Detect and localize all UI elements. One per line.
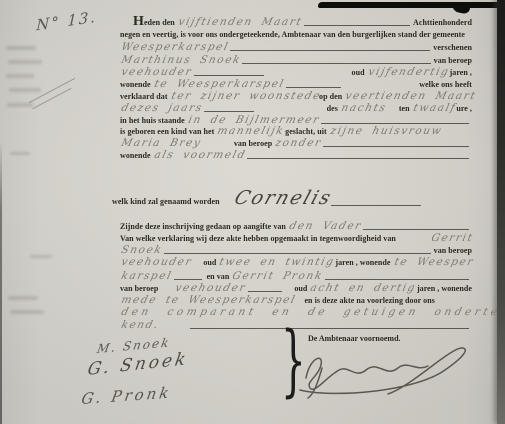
- handwritten-text: mede te Weesperkarspel: [120, 295, 297, 306]
- blank-rule: [204, 110, 254, 112]
- document-line-1: Heden den vijftienden MaartAchttienhonde…: [133, 16, 472, 28]
- spacer: [220, 203, 232, 204]
- handwritten-text: Gerrit Pronk: [231, 271, 324, 282]
- blank-rule: [247, 157, 469, 159]
- handwritten-text: Cornelis: [232, 188, 335, 208]
- blank-rule: [363, 228, 469, 230]
- handwritten-text: zonder: [274, 138, 323, 149]
- printed-text: Heden den: [133, 16, 177, 28]
- printed-text: oud: [352, 67, 367, 78]
- blank-rule: [174, 278, 202, 280]
- handwritten-text: karspel: [120, 271, 173, 282]
- printed-text: van beroep: [434, 245, 472, 256]
- document-line-19: van beroep veehouderoud acht en dertig j…: [120, 283, 472, 294]
- handwritten-text: veehouder: [120, 257, 193, 268]
- blank-rule: [242, 62, 430, 64]
- handwritten-text: als voormeld: [153, 150, 247, 161]
- handwritten-text: Maria Brey: [120, 138, 203, 149]
- blank-rule: [194, 74, 264, 76]
- blank-rule: [304, 24, 410, 26]
- spacer: [344, 86, 420, 87]
- printed-text: in het huis staande: [120, 115, 187, 126]
- printed-text: is geboren een kind van het: [120, 126, 216, 137]
- printed-text: geslacht, uit: [283, 126, 329, 137]
- document-line-13: welk kind zal genaamd wordenCornelis: [112, 188, 472, 208]
- printed-text: ten: [399, 103, 412, 114]
- handwritten-text: den Vader: [288, 221, 363, 232]
- document-line-8: dezes jaarsdes nachtsten twaalf ure ,: [120, 103, 472, 114]
- official-signature-flourish: [292, 338, 482, 400]
- printed-text: verklaard dat: [120, 91, 170, 102]
- document-line-11: Maria Breyvan beroep zonder: [120, 138, 472, 149]
- printed-text: jaren ,: [448, 67, 472, 78]
- handwritten-text: twee en twintig: [218, 257, 336, 268]
- handwritten-text: te Weesperkarspel: [153, 79, 286, 90]
- document-line-15: Van welke verklaring wij deze akte hebbe…: [120, 233, 472, 244]
- handwritten-text: acht en dertig: [309, 283, 417, 294]
- document-line-4: Marthinus Snoekvan beroep: [120, 55, 472, 66]
- spacer: [191, 264, 204, 265]
- spacer: [385, 110, 399, 111]
- printed-text: oud: [294, 283, 309, 294]
- handwritten-text: Snoek: [120, 245, 164, 256]
- handwritten-text: mannelijk: [216, 126, 285, 137]
- document-line-6: wonende te Weesperkarspelwelke ons heeft: [120, 79, 472, 90]
- handwritten-text: zijne huisvrouw: [329, 126, 444, 137]
- blank-rule: [248, 290, 282, 292]
- scanned-birth-act: N° 13. Heden den vijftienden MaartAchtti…: [0, 0, 505, 424]
- document-line-10: is geboren een kind van het mannelijk ge…: [120, 126, 472, 137]
- spacer: [294, 302, 304, 303]
- printed-text: Van welke verklaring wij deze akte hebbe…: [120, 233, 398, 244]
- printed-text: op den: [319, 91, 344, 102]
- printed-text: des: [327, 103, 340, 114]
- printed-text: welk kind zal genaamd worden: [112, 196, 220, 207]
- document-line-3: Weesperkarspelverschenen: [120, 42, 472, 53]
- spacer: [157, 327, 187, 328]
- blank-rule: [321, 122, 469, 124]
- printed-text: van beroep: [234, 138, 274, 149]
- printed-text: Achttienhonderd: [413, 17, 472, 28]
- handwritten-text: veehouder: [174, 283, 247, 294]
- spacer: [398, 240, 430, 241]
- handwritten-text: ter zijner woonstede: [170, 91, 322, 102]
- handwritten-text: kend.: [120, 320, 160, 331]
- printed-text: wonende: [120, 150, 153, 161]
- printed-text: jaren , wonende: [415, 283, 472, 294]
- document-line-18: karspel en van Gerrit Pronk: [120, 271, 472, 282]
- printed-text: van beroep: [434, 55, 472, 66]
- printed-text: wonende: [120, 79, 153, 90]
- handwritten-text: veehouder: [120, 67, 193, 78]
- printed-text: verschenen: [433, 42, 472, 53]
- handwritten-text: nachts: [340, 103, 388, 114]
- blank-rule: [325, 278, 469, 280]
- document-line-20: mede te Weesperkarspelen is deze akte na…: [120, 295, 472, 306]
- handwritten-text: twaalf: [412, 103, 457, 114]
- blank-rule: [190, 327, 469, 329]
- handwritten-text: dezes jaars: [120, 103, 204, 114]
- spacer: [257, 110, 326, 111]
- spacer: [267, 74, 352, 75]
- printed-text: en van: [205, 271, 232, 282]
- printed-text: negen en veertig, is voor ons ondergetee…: [120, 29, 465, 40]
- document-line-2: negen en veertig, is voor ons ondergetee…: [120, 29, 472, 40]
- printed-text: oud: [203, 257, 218, 268]
- document-line-17: veehouderoud twee en twintig jaren , won…: [120, 257, 472, 268]
- handwritten-text: Gerrit: [430, 233, 475, 244]
- document-line-5: veehouderoud vijfendertig jaren ,: [120, 67, 472, 78]
- printed-text: van beroep: [120, 283, 160, 294]
- handwritten-text: te Weesper: [393, 257, 475, 268]
- blank-rule: [286, 86, 341, 88]
- handwritten-text: vijfendertig: [367, 67, 451, 78]
- handwritten-text: Marthinus Snoek: [120, 55, 242, 66]
- spacer: [200, 145, 234, 146]
- blank-rule: [164, 252, 431, 254]
- blank-rule: [331, 204, 421, 206]
- handwritten-text: den comparant en de getuigen onderte: [120, 307, 502, 318]
- document-line-7: verklaard dat ter zijner woonstedeop den…: [120, 91, 472, 102]
- printed-text: jaren , wonende: [333, 257, 392, 268]
- blank-rule: [323, 145, 469, 147]
- document-line-16: Snoekvan beroep: [120, 245, 472, 256]
- handwritten-text: vijftienden Maart: [177, 17, 303, 28]
- blank-rule: [230, 49, 430, 51]
- handwritten-text: veertienden Maart: [344, 91, 477, 102]
- spacer: [160, 290, 174, 291]
- spacer: [285, 290, 294, 291]
- handwritten-text: Weesperkarspel: [120, 42, 230, 53]
- printed-text: en is deze akte na voorlezing door ons: [304, 295, 434, 306]
- printed-text: Zijnde deze inschrijving gedaan op aangi…: [120, 221, 288, 232]
- document-line-14: Zijnde deze inschrijving gedaan op aangi…: [120, 221, 472, 232]
- printed-text: welke ons heeft: [419, 79, 472, 90]
- document-line-12: wonende als voormeld: [120, 150, 472, 161]
